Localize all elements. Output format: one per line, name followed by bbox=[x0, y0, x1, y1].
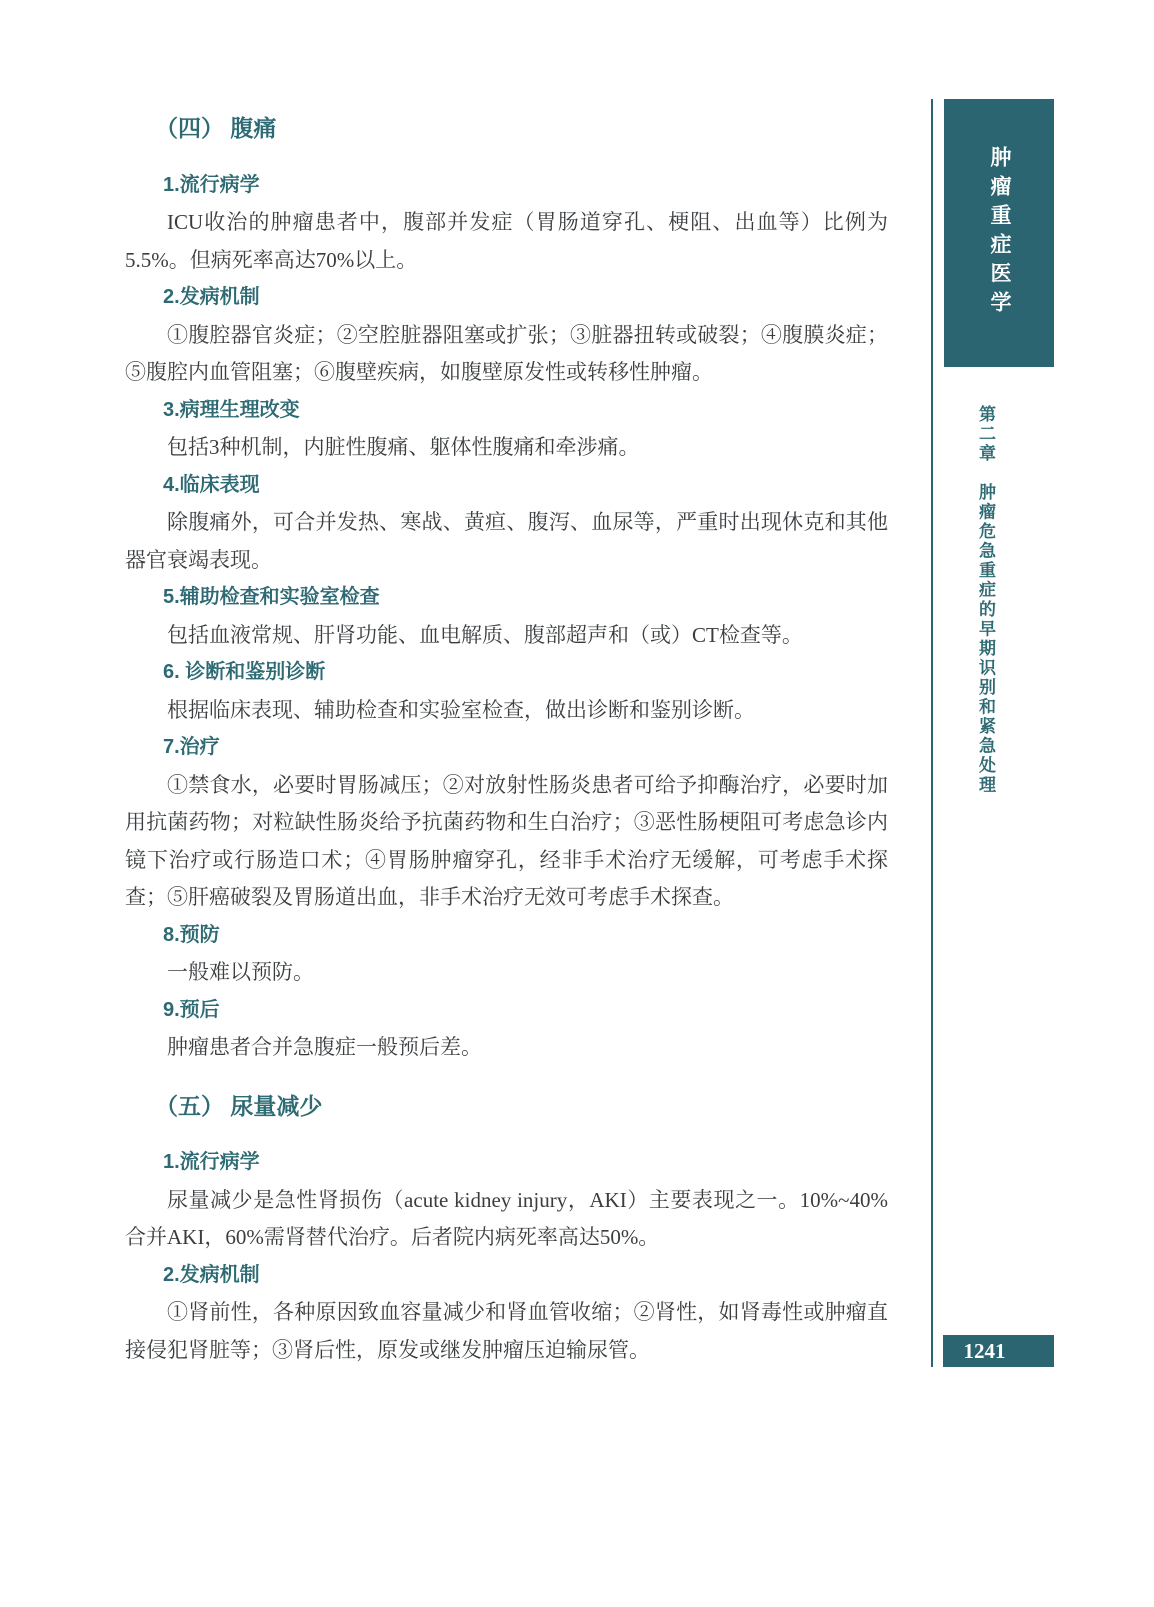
paragraph: 一般难以预防。 bbox=[125, 954, 888, 992]
subsection-heading: 1.流行病学 bbox=[125, 1144, 888, 1182]
page-number: 1241 bbox=[964, 1339, 1006, 1364]
paragraph: 包括3种机制，内脏性腹痛、躯体性腹痛和牵涉痛。 bbox=[125, 429, 888, 467]
subsection-heading: 7.治疗 bbox=[125, 729, 888, 767]
content-column: （四） 腹痛1.流行病学ICU收治的肿瘤患者中，腹部并发症（胃肠道穿孔、梗阻、出… bbox=[125, 110, 888, 1369]
paragraph: ICU收治的肿瘤患者中，腹部并发症（胃肠道穿孔、梗阻、出血等）比例为5.5%。但… bbox=[125, 204, 888, 279]
subsection-heading: 3.病理生理改变 bbox=[125, 392, 888, 430]
paragraph: ①禁食水，必要时胃肠减压；②对放射性肠炎患者可给予抑酶治疗，必要时加用抗菌药物；… bbox=[125, 767, 888, 917]
subsection-heading: 5.辅助检查和实验室检查 bbox=[125, 579, 888, 617]
chapter-title-vertical: 第二章 肿瘤危急重症的早期识别和紧急处理 bbox=[967, 405, 1003, 815]
book-title-vertical: 肿瘤重症医学 bbox=[984, 146, 1014, 320]
paragraph: ①腹腔器官炎症；②空腔脏器阻塞或扩张；③脏器扭转或破裂；④腹膜炎症；⑤腹腔内血管… bbox=[125, 317, 888, 392]
book-page: { "colors": { "teal_band": "#2b6571", "h… bbox=[0, 0, 1154, 1607]
paragraph: 包括血液常规、肝肾功能、血电解质、腹部超声和（或）CT检查等。 bbox=[125, 617, 888, 655]
sidebar-rule bbox=[931, 99, 933, 1367]
subsection-heading: 2.发病机制 bbox=[125, 279, 888, 317]
subsection-heading: 9.预后 bbox=[125, 992, 888, 1030]
paragraph: ①肾前性，各种原因致血容量减少和肾血管收缩；②肾性，如肾毒性或肿瘤直接侵犯肾脏等… bbox=[125, 1294, 888, 1369]
paragraph: 肿瘤患者合并急腹症一般预后差。 bbox=[125, 1029, 888, 1067]
section-heading: （四） 腹痛 bbox=[125, 110, 888, 148]
paragraph: 尿量减少是急性肾损伤（acute kidney injury，AKI）主要表现之… bbox=[125, 1182, 888, 1257]
subsection-heading: 4.临床表现 bbox=[125, 467, 888, 505]
book-title-band: 肿瘤重症医学 bbox=[944, 99, 1054, 367]
section-heading: （五） 尿量减少 bbox=[125, 1088, 888, 1126]
page-number-badge: 1241 bbox=[943, 1335, 1054, 1367]
paragraph: 除腹痛外，可合并发热、寒战、黄疸、腹泻、血尿等，严重时出现休克和其他器官衰竭表现… bbox=[125, 504, 888, 579]
subsection-heading: 1.流行病学 bbox=[125, 167, 888, 205]
subsection-heading: 2.发病机制 bbox=[125, 1257, 888, 1295]
paragraph: 根据临床表现、辅助检查和实验室检查，做出诊断和鉴别诊断。 bbox=[125, 692, 888, 730]
subsection-heading: 8.预防 bbox=[125, 917, 888, 955]
subsection-heading: 6. 诊断和鉴别诊断 bbox=[125, 654, 888, 692]
